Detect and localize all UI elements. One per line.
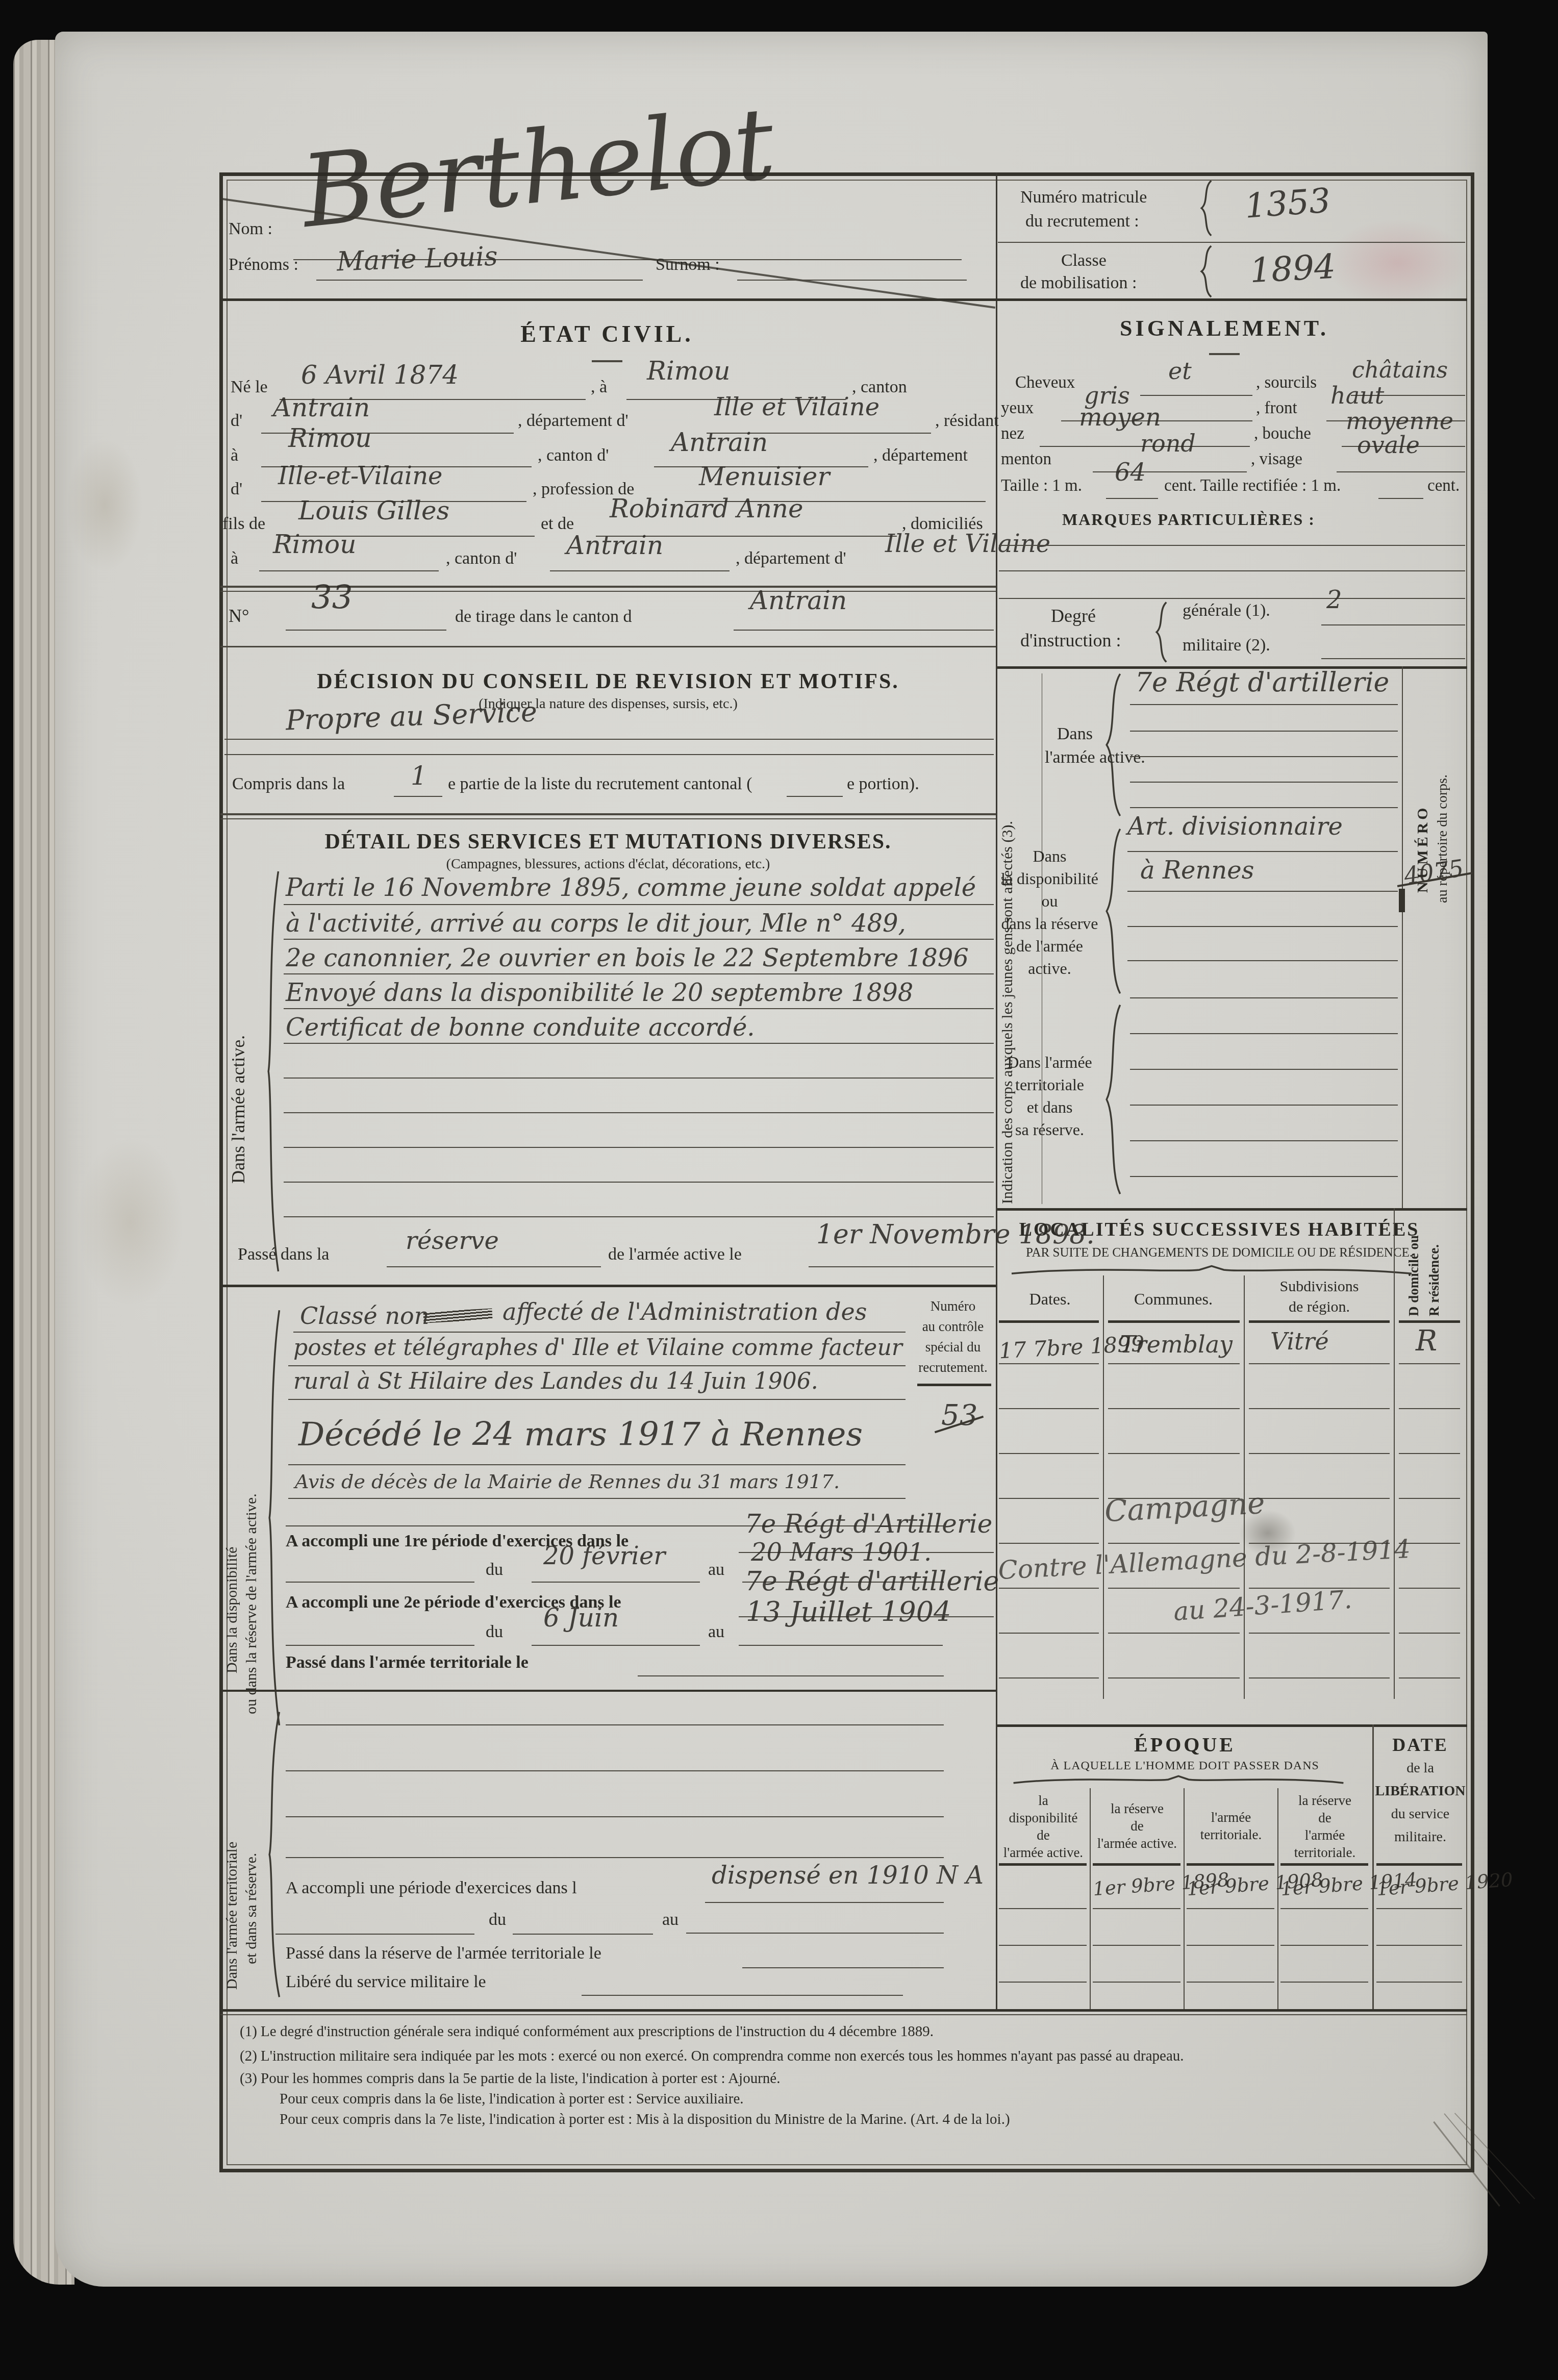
curly-brace [1199,245,1212,298]
epoque-title: ÉPOQUE [997,1733,1372,1757]
periode1-value: 7e Régt d'Artillerie [745,1509,992,1539]
epoque-row-line [1093,1982,1180,1983]
table-row-line [999,1633,1099,1634]
periode1-du-value: 20 février [543,1542,665,1570]
front-label: , front [1256,399,1297,418]
controle-label-line: recrutement. [918,1357,988,1377]
services-line-1: Parti le 16 Novembre 1895, comme jeune s… [286,873,976,902]
date-naissance: 6 Avril 1874 [301,360,459,390]
epoque-col2-line: l'armée active. [1097,1835,1177,1852]
col-communes-header: Communes. [1104,1290,1242,1309]
ruled-line [286,1724,944,1725]
corps-territoriale-label-line: Dans l'armée [1007,1051,1092,1073]
ruled-line [1127,891,1398,892]
services-line-2: à l'activité, arrivé au corps le dit jou… [286,909,906,938]
ruled-line [638,1675,944,1676]
canton-residence: Antrain [671,428,768,457]
epoque-date-line: DATE [1392,1734,1448,1757]
ruled-line [284,1147,994,1148]
ruled-line [1337,471,1465,472]
corps-dispo-label: Dans la disponibilité ou dans la réserve… [997,845,1102,980]
horizontal-ornament [1008,1264,1416,1275]
epoque-row-line [1280,1945,1368,1946]
periode1-du: du [486,1560,503,1580]
epoque-col1-line: l'armée active. [1003,1844,1083,1861]
ruled-line [288,1498,906,1499]
compris-text-c: e portion). [847,774,919,794]
table-row-line [1399,1677,1460,1678]
sourcils-label: , sourcils [1256,373,1317,392]
epoque-row-line [1187,1908,1274,1909]
table-row-line [999,1677,1099,1678]
a3-label: à [231,549,238,568]
epoque-col3-header: l'armée territoriale. [1186,1809,1276,1843]
lieu-naissance: Rimou [647,356,730,386]
services-title: DÉTAIL DES SERVICES ET MUTATIONS DIVERSE… [251,830,965,854]
table-row-line [999,1588,1099,1589]
curly-brace [1199,180,1212,237]
epoque-divider [1277,1788,1278,2009]
generale-value: 2 [1326,586,1342,614]
epoque-header-rule [1280,1863,1368,1866]
epoque-date-line: LIBÉRATION [1375,1780,1466,1802]
ruled-line [1127,960,1398,961]
ruled-line [224,739,994,740]
marques-label: MARQUES PARTICULIÈRES : [1020,510,1357,529]
taille-label: Taille : 1 m. [1001,477,1082,495]
table-header-rule [1399,1320,1460,1323]
residence-value: Rimou [288,423,371,453]
corps-dispo-label-line: ou [1042,890,1058,912]
nez-value: moyen [1079,403,1161,432]
epoque-col3-line: l'armée [1211,1809,1251,1826]
corps-territoriale-label-line: et dans [1027,1096,1073,1118]
title-dash [1209,353,1240,355]
classe-label-line1: Classe [1061,251,1107,270]
table-row-line [1249,1677,1390,1678]
passe-reserve-value: réserve [406,1226,499,1255]
note-2: (2) L'instruction militaire sera indiqué… [240,2048,1184,2065]
ruled-line [999,598,1465,599]
epoque-col1-header: la disponibilité de l'armée active. [998,1792,1089,1861]
ruled-line [286,1582,474,1583]
d2-label: d' [231,480,242,499]
table-row-line [1399,1588,1460,1589]
table-row-line [1108,1633,1240,1634]
signalement-title: SIGNALEMENT. [1046,315,1403,341]
section-rule [220,813,996,815]
note-3: (3) Pour les hommes compris dans la 5e p… [240,2070,780,2087]
controle-label-line: Numéro [931,1296,975,1316]
table-header-rule [1108,1320,1240,1323]
departement-label: , département d' [518,411,629,431]
classe-affecte-line3: rural à St Hilaire des Landes du 14 Juin… [293,1368,818,1394]
table-row-line [1108,1677,1240,1678]
passe-reserve-territoriale-text: Passé dans la réserve de l'armée territo… [286,1944,601,1963]
corps-territoriale-label: Dans l'armée territoriale et dans sa rés… [997,1051,1102,1141]
visage-value: ovale [1357,431,1420,459]
ne-le-label: Né le [231,378,268,397]
table-header-rule [999,1320,1099,1323]
territoriale-du: du [489,1910,506,1930]
section-rule [220,646,996,647]
visage-label: , visage [1251,450,1302,469]
d-label: d' [231,411,242,431]
localites-subtitle: PAR SUITE DE CHANGEMENTS DE DOMICILE OU … [1000,1246,1439,1260]
epoque-row-line [1376,1908,1462,1909]
ruled-line [286,1645,474,1646]
compris-text-a: Compris dans la [232,774,345,794]
ruled-line [999,570,1465,571]
bouche-value: moyenne [1346,407,1453,435]
table-row-line [1108,1588,1240,1589]
epoque-divider [1184,1788,1185,2009]
margin-brace [264,1306,282,1730]
ruled-line [705,1902,944,1903]
departement3-label: , département d' [736,549,846,568]
col-dr-header-2: R résidence. [1426,1214,1442,1316]
ruled-line [532,1582,700,1583]
passe-reserve-text-b: de l'armée active le [608,1245,742,1264]
ruled-line [809,1266,994,1267]
ruled-line [532,1645,700,1646]
epoque-col2-line: la réserve [1111,1800,1164,1817]
taille-value: 64 [1115,458,1146,487]
note-4: Pour ceux compris dans la 6e liste, l'in… [280,2091,744,2108]
table-row-line [1108,1363,1240,1364]
decision-title: DÉCISION DU CONSEIL DE REVISION ET MOTIF… [251,669,965,694]
ruled-line [787,796,843,797]
epoque-col1-line: disponibilité [1009,1809,1078,1826]
prenoms-value: Marie Louis [336,241,498,278]
generale-label: générale (1). [1183,601,1270,620]
localites-row-subdivision: Vitré [1270,1327,1329,1355]
ruled-line [293,1332,906,1333]
nez-label: nez [1001,424,1024,443]
table-row-line [1108,1453,1240,1454]
degre-label-1: Degré [1051,605,1096,627]
corps-active-label-1: Dans [1057,724,1093,744]
militaire-label: militaire (2). [1183,636,1270,655]
corps-active-label-2: l'armée active. [1045,748,1145,767]
ruled-line [686,1933,944,1934]
table-row-line [1399,1633,1460,1634]
ruled-line [1130,997,1398,998]
note-1: (1) Le degré d'instruction générale sera… [240,2023,934,2040]
a-label: , à [591,378,607,397]
ruled-line [259,570,439,571]
ruled-line [1140,395,1252,396]
sub-divider [1402,666,1403,1208]
ruled-line [284,904,994,905]
cheveux-value: et [1168,357,1192,385]
epoque-row-line [999,1945,1087,1946]
mere-value: Robinard Anne [610,494,803,523]
cheveux-label: Cheveux [1015,373,1075,392]
ruled-line [1321,624,1465,625]
ruled-line [284,1112,994,1113]
table-row-line [999,1543,1099,1544]
margin-label-disponibilite-1: Dans la disponibilité [223,1377,241,1673]
epoque-col2-header: la réserve de l'armée active. [1092,1800,1183,1852]
epoque-row-line [1093,1945,1180,1946]
canton2-label: , canton d' [538,446,609,465]
margin-label-armee-active: Dans l'armée active. [228,969,249,1184]
epoque-row-line [1280,1982,1368,1983]
front-value: haut [1330,382,1384,409]
ruled-line [513,1934,653,1935]
domicile-parents: Rimou [273,530,356,559]
col-dr-header-1: D domicile ou [1406,1214,1422,1316]
note-5: Pour ceux compris dans la 7e liste, l'in… [280,2111,1010,2128]
ruled-line [550,570,730,571]
date-col-divider [1372,1724,1374,2009]
margin-label-territoriale-2: et dans sa réserve. [243,1750,260,1964]
ruled-line [286,1857,944,1858]
matricule-label-line1: Numéro matricule [1020,188,1147,207]
ruled-line [1130,731,1398,732]
table-row-line [1249,1363,1390,1364]
col-dates-header: Dates. [999,1290,1101,1309]
ruled-line [734,630,994,631]
profession-value: Menuisier [699,462,830,491]
table-divider [1394,1208,1395,1699]
tirage-text: de tirage dans le canton d [455,607,632,627]
section-rule [997,1724,1467,1727]
epoque-row-line [1187,1945,1274,1946]
compris-value: 1 [411,761,427,791]
epoque-date-line: militaire. [1394,1825,1446,1848]
canton-naissance: Antrain [273,393,370,422]
matricule-label-line2: du recrutement : [1025,212,1139,231]
table-row-line [1399,1498,1460,1499]
epoque-col1-line: de [1037,1826,1049,1844]
ruled-line [224,754,994,755]
ruled-line [999,545,1465,546]
bouche-label: , bouche [1254,424,1311,443]
epoque-col3-line: territoriale. [1200,1826,1262,1843]
ruled-line [284,1008,994,1009]
localites-row-commune: Tremblay [1120,1331,1233,1358]
surnom-label: Surnom : [656,255,720,274]
prenoms-label: Prénoms : [229,255,298,274]
compris-text-b: e partie de la liste du recrutement cant… [448,774,752,794]
etat-civil-title: ÉTAT CIVIL. [423,320,791,347]
ruled-line [1130,782,1398,783]
curly-brace [1154,601,1167,663]
curly-brace [1103,1001,1121,1198]
ruled-line [1130,1105,1398,1106]
periode2-au-value: 13 Juillet 1904 [746,1596,951,1628]
ruled-line [1378,498,1423,499]
ruled-line [284,973,994,974]
corps-territoriale-label-line: sa réserve. [1015,1118,1084,1141]
epoque-col4-header: la réserve de l'armée territoriale. [1279,1792,1370,1861]
ruled-line [998,242,1465,243]
decede-line1: Décédé le 24 mars 1917 à Rennes [298,1416,863,1454]
corps-dispo-label-line: de l'armée active. [997,935,1102,980]
epoque-col2-line: de [1130,1817,1143,1835]
libere-text: Libéré du service militaire le [286,1972,486,1992]
ruled-line [316,280,643,281]
canton-parents: Antrain [566,531,663,560]
col-subdivisions-header-1: Subdivisions [1246,1278,1393,1295]
yeux-label: yeux [1001,399,1034,418]
classe-affecte-line1b: affecté de l'Administration des [502,1298,867,1325]
epoque-col4-line: territoriale. [1294,1844,1356,1861]
ruled-line [286,630,446,631]
table-row-line [1108,1408,1240,1409]
table-row-line [1399,1408,1460,1409]
controle-label: Numéro au contrôle spécial du recrutemen… [912,1296,994,1377]
periode2-value: 7e Régt d'artillerie [745,1566,999,1597]
section-rule [220,1285,996,1287]
margin-brace [263,867,281,1275]
ruled-line [284,1182,994,1183]
ruled-line [1130,807,1398,808]
periode2-du: du [486,1622,503,1642]
notes-rule [220,2009,1467,2012]
epoque-row-line [999,1908,1087,1909]
pere-value: Louis Gilles [298,496,449,525]
sourcils-value: châtains [1352,357,1448,383]
epoque-row-line [1093,1908,1180,1909]
ruled-line [742,1967,944,1968]
ruled-line [275,1934,474,1935]
passe-reserve-text-a: Passé dans la [238,1245,329,1264]
table-row-line [999,1408,1099,1409]
ruled-line [1127,851,1398,852]
corps-territoriale-label-line: territoriale [1015,1073,1084,1096]
controle-label-line: spécial du [925,1337,981,1357]
corps-dispo-label-line: Dans [1033,845,1067,867]
section-rule [220,1690,996,1692]
epoque-date-line: du service [1391,1802,1449,1825]
table-row-line [1249,1453,1390,1454]
corps-dispo-value-1: Art. divisionnaire [1127,812,1343,841]
margin-brace [264,1709,282,2000]
title-dash [592,360,622,362]
territoriale-au: au [662,1910,679,1930]
departement-parents: Ille et Vilaine [885,530,1050,558]
services-line-4: Envoyé dans la disponibilité le 20 septe… [286,979,913,1007]
fils-de-label: fils de [222,514,265,534]
ruled-line [288,1464,906,1465]
services-subtitle: (Campagnes, blessures, actions d'éclat, … [251,856,965,872]
corps-dispo-value-2: à Rennes [1140,856,1254,885]
ruled-line [1130,1033,1398,1034]
controle-rule [917,1384,991,1386]
decede-line2: Avis de décès de la Mairie de Rennes du … [295,1470,840,1493]
ruled-line [394,796,442,797]
residant-label: , résidant [935,411,999,431]
table-row-line [1399,1453,1460,1454]
table-row-line [1249,1498,1390,1499]
corps-active-value: 7e Régt d'artillerie [1135,667,1389,698]
localites-row-dr: R [1416,1324,1437,1358]
nom-label: Nom : [229,219,272,239]
curly-brace [1103,825,1121,997]
numero-tirage-value: 33 [311,579,353,617]
ruled-line [286,1816,944,1817]
tirage-canton-value: Antrain [750,586,847,615]
ruled-line [582,1995,903,1996]
numero-tirage-label: N° [229,605,249,627]
classe-value: 1894 [1249,247,1337,291]
epoque-subtitle: À LAQUELLE L'HOMME DOIT PASSER DANS [997,1759,1372,1773]
table-row-line [999,1453,1099,1454]
table-header-rule [1249,1320,1390,1323]
classe-affecte-line2: postes et télégraphes d' Ille et Vilaine… [293,1335,902,1361]
passe-territoriale-text: Passé dans l'armée territoriale le [286,1653,529,1672]
epoque-date-line: de la [1406,1757,1434,1780]
ruled-line [284,1078,994,1079]
ruled-line [284,939,994,940]
classe-label-line2: de mobilisation : [1020,273,1137,293]
epoque-header-rule [999,1863,1087,1866]
ruled-line [1130,756,1398,757]
ruled-line [1130,1069,1398,1070]
margin-label-disponibilite-2: ou dans la réserve de l'armée active. [243,1337,260,1714]
corps-dispo-label-line: dans la réserve [1001,912,1098,935]
curly-brace [1103,671,1121,819]
margin-label-territoriale-1: Dans l'armée territoriale [223,1724,241,1990]
section-rule [220,298,1467,301]
table-row-line [999,1498,1099,1499]
ruled-line [737,280,967,281]
periode1-au: au [708,1560,724,1580]
epoque-date-header: DATE de la LIBÉRATION du service militai… [1375,1734,1465,1848]
ruled-line [739,1645,943,1646]
canton3-label: , canton d' [446,549,517,568]
scanned-military-register-page: Nom : Berthelot Prénoms : Marie Louis Su… [0,0,1558,2380]
epoque-row-line [1376,1945,1462,1946]
table-row-line [1249,1633,1390,1634]
ruled-line [284,1216,994,1217]
ruled-line [1321,658,1465,659]
departement-residence: Ille-et-Vilaine [278,462,443,490]
notes-rule-thin [220,2014,1467,2015]
epoque-row-line [1187,1982,1274,1983]
territoriale-periode-value: dispensé en 1910 N A [712,1861,984,1890]
horizontal-ornament [1010,1774,1347,1785]
table-row-line [999,1363,1099,1364]
epoque-col4-line: la réserve [1298,1792,1351,1809]
a2-label: à [231,446,238,465]
departement-naissance: Ille et Vilaine [714,393,879,421]
corps-dispo-label-line: la disponibilité [1001,867,1098,890]
departement2-label: , département [873,446,968,465]
epoque-row-line [1280,1908,1368,1909]
menton-value: rond [1140,430,1196,457]
services-line-3: 2e canonnier, 2e ouvrier en bois le 22 S… [286,944,969,972]
periode1-au-value: 20 Mars 1901. [751,1538,932,1567]
ruled-line [1130,1140,1398,1141]
ruled-line [288,1365,906,1366]
controle-label-line: au contrôle [922,1316,984,1337]
ruled-line [1130,704,1398,705]
ruled-line [286,1770,944,1771]
epoque-divider [1090,1788,1091,2009]
localites-title: LOCALITÉS SUCCESSIVES HABITÉES [1000,1218,1439,1241]
territoriale-periode-text: A accompli une période d'exercices dans … [286,1878,577,1898]
section-rule [220,818,996,819]
taille-rectifiee-label: cent. Taille rectifiée : 1 m. [1164,477,1341,495]
table-row-line [1249,1408,1390,1409]
epoque-col1-line: la [1038,1792,1048,1809]
ruled-line [1130,1176,1398,1177]
epoque-row-line [999,1982,1087,1983]
